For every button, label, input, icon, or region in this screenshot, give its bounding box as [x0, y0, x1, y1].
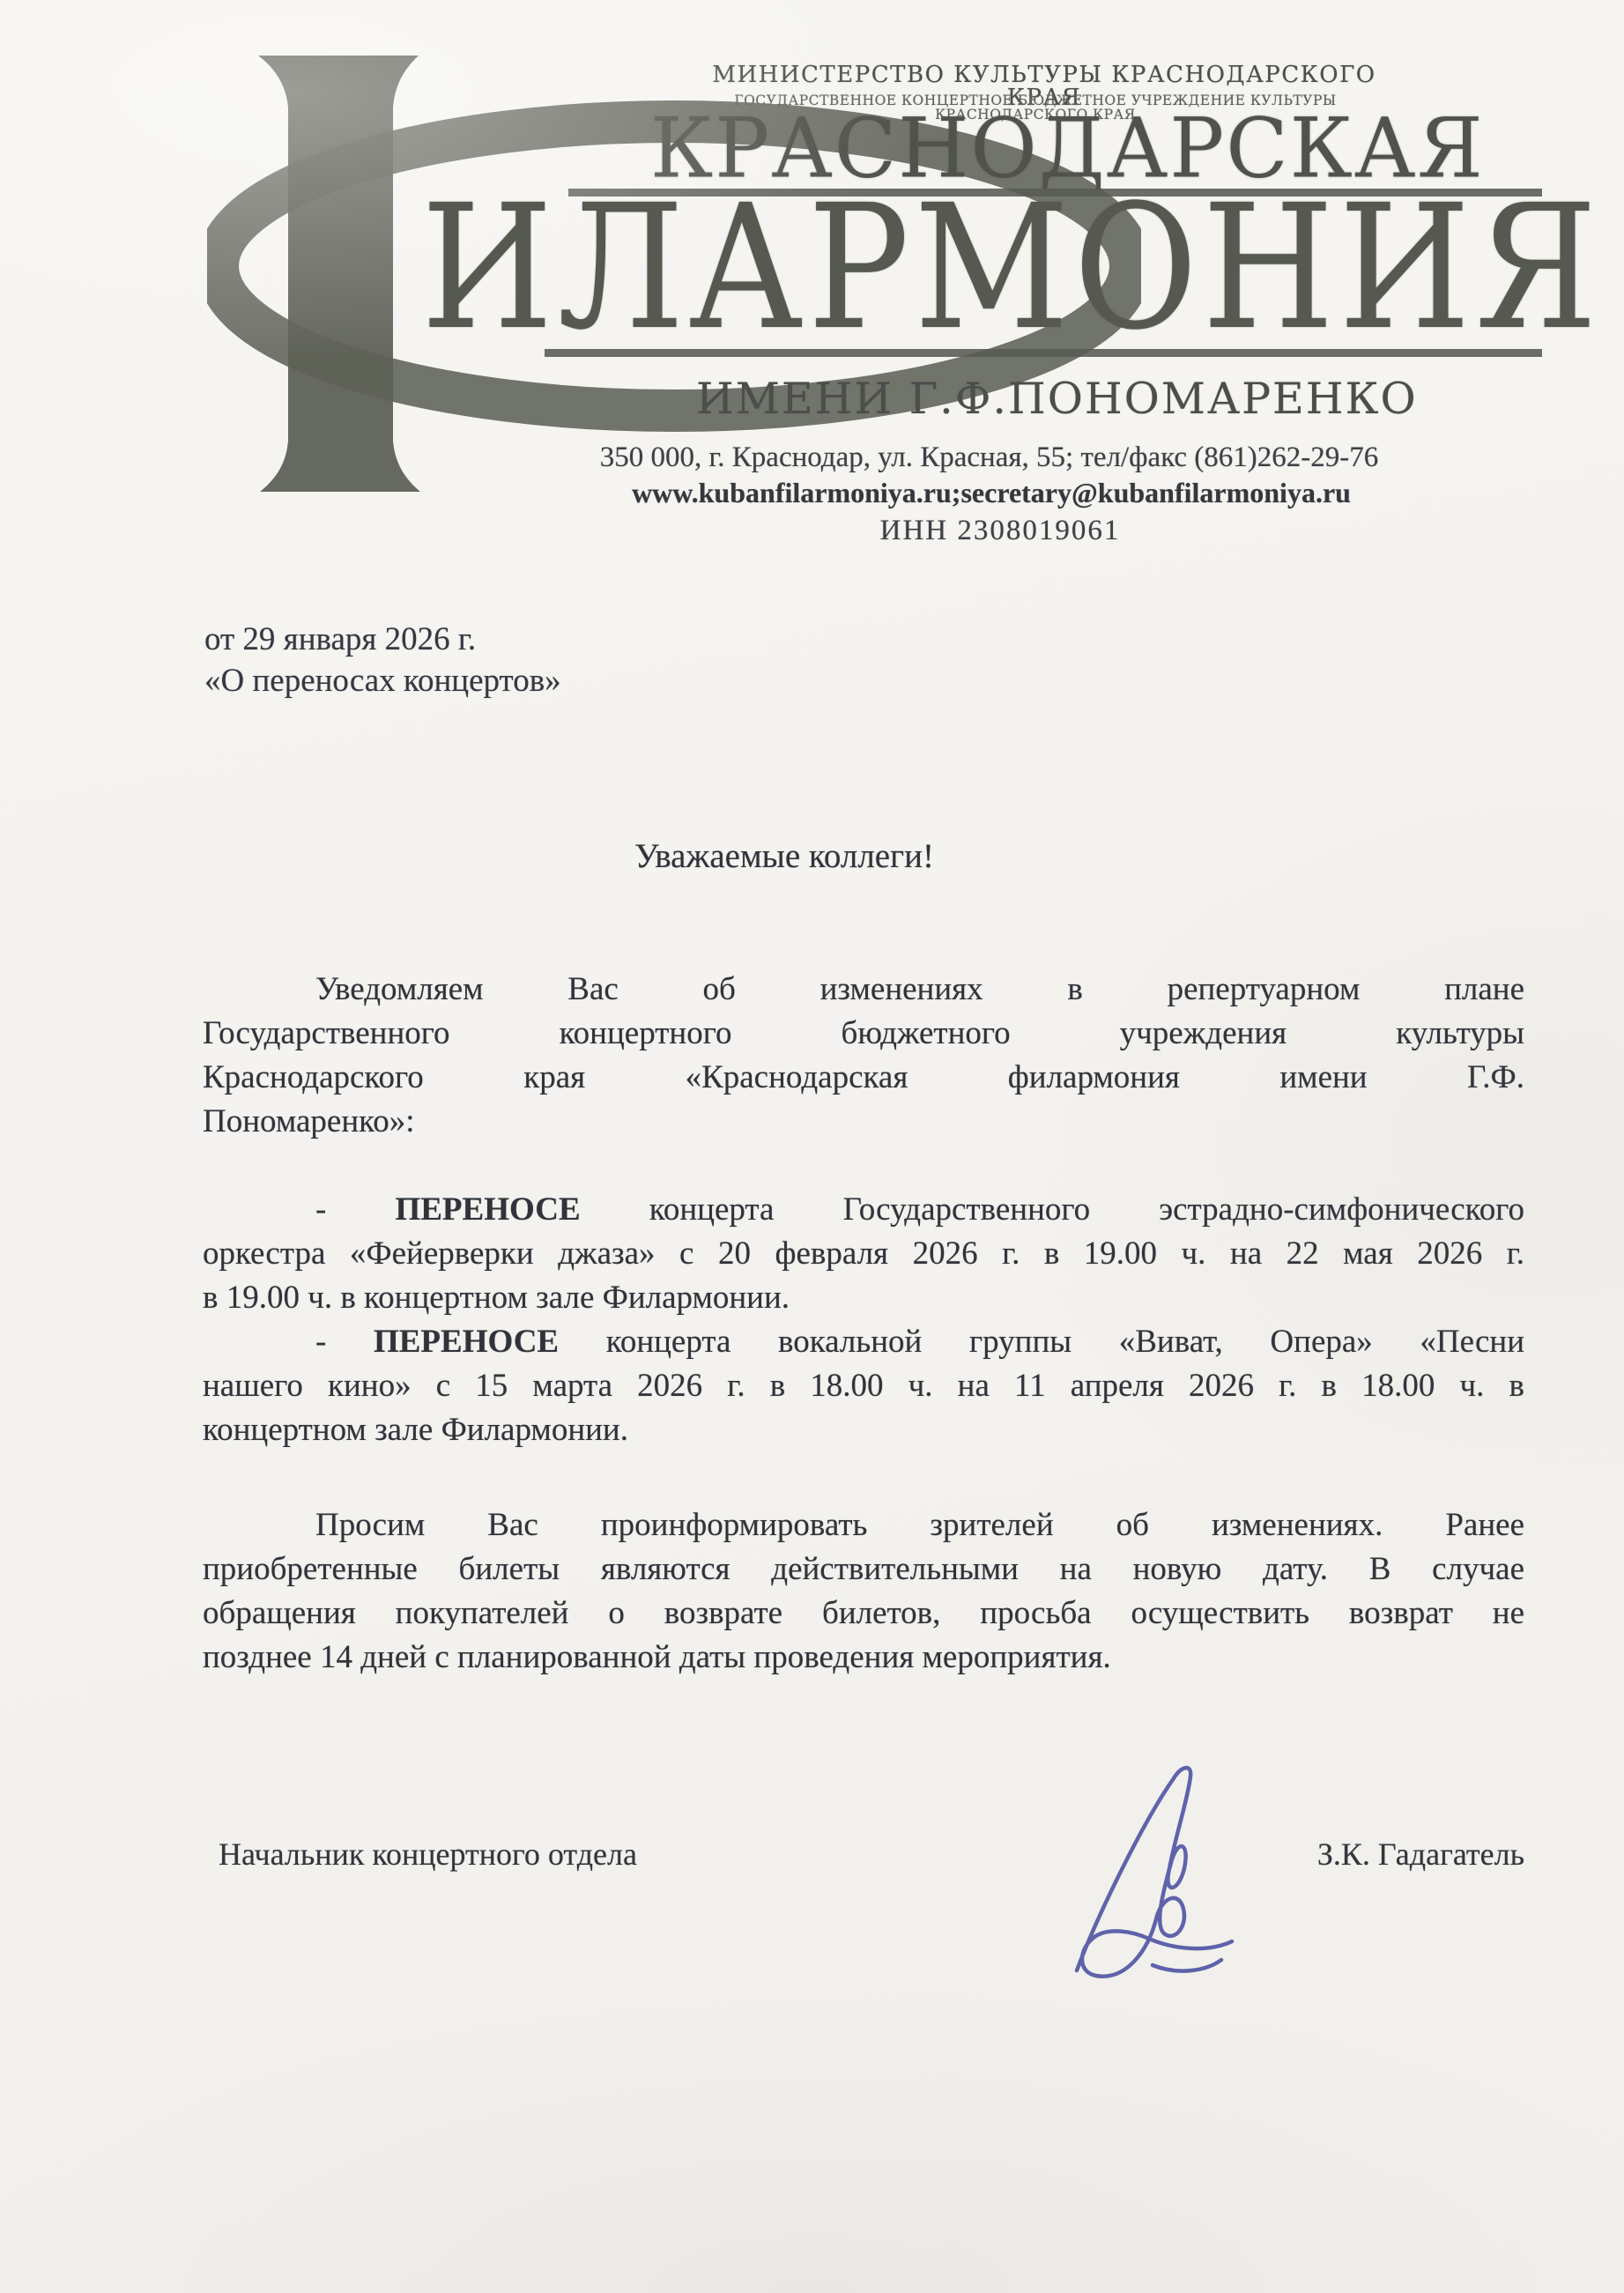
text-line: - ПЕРЕНОСЕ концерта Государственного эст… [203, 1188, 1524, 1232]
text-segment: концерта Государственного эстрадно-симфо… [649, 1191, 1524, 1228]
text-line: Просим Вас проинформировать зрителей об … [203, 1503, 1524, 1547]
emphasis-word: ПЕРЕНОСЕ [395, 1191, 580, 1228]
emphasis-word: ПЕРЕНОСЕ [374, 1324, 559, 1360]
transfer-item-1: - ПЕРЕНОСЕ концерта Государственного эст… [203, 1188, 1524, 1320]
list-dash: - [315, 1324, 326, 1360]
text-line: Краснодарского края «Краснодарская филар… [203, 1056, 1524, 1100]
text-line: - ПЕРЕНОСЕ концерта вокальной группы «Ви… [203, 1320, 1524, 1364]
text-line: Государственного концертного бюджетного … [203, 1012, 1524, 1056]
date-line: от 29 января 2026 г. [204, 619, 561, 660]
reference-block: от 29 января 2026 г. «О переносах концер… [204, 619, 561, 701]
salutation: Уважаемые коллеги! [123, 839, 1445, 873]
list-dash: - [315, 1191, 326, 1228]
text-line: концертном зале Филармонии. [203, 1408, 1524, 1452]
text-line: приобретенные билеты являются действител… [203, 1547, 1524, 1592]
address-line: 350 000, г. Краснодар, ул. Красная, 55; … [529, 443, 1450, 472]
website-email-line: www.kubanfilarmoniya.ru;secretary@kubanf… [590, 479, 1392, 507]
text-line: нашего кино» с 15 марта 2026 г. в 18.00 … [203, 1364, 1524, 1408]
text-line: Уведомляем Вас об изменениях в репертуар… [203, 968, 1524, 1012]
scanned-letter-page: МИНИСТЕРСТВО КУЛЬТУРЫ КРАСНОДАРСКОГО КРА… [0, 0, 1624, 2293]
text-line: в 19.00 ч. в концертном зале Филармонии. [203, 1276, 1524, 1320]
signoff-position: Начальник концертного отдела [219, 1838, 637, 1870]
text-line: Пономаренко»: [203, 1100, 1524, 1144]
closing-paragraph: Просим Вас проинформировать зрителей об … [203, 1503, 1524, 1680]
named-after-line: ИМЕНИ Г.Ф.ПОНОМАРЕНКО [696, 377, 1366, 420]
subject-line: «О переносах концертов» [204, 660, 561, 701]
text-segment: концерта вокальной группы «Виват, Опера»… [606, 1324, 1524, 1360]
intro-paragraph: Уведомляем Вас об изменениях в репертуар… [203, 968, 1524, 1144]
inn-line: ИНН 2308019061 [546, 516, 1454, 545]
handwritten-signature-icon [1040, 1755, 1295, 2002]
text-line: обращения покупателей о возврате билетов… [203, 1592, 1524, 1636]
text-line: оркестра «Фейерверки джаза» с 20 февраля… [203, 1232, 1524, 1276]
brand-line-filarmoniya: ИЛАРМОНИЯ [421, 182, 1602, 353]
text-line: позднее 14 дней с планированной даты про… [203, 1636, 1524, 1680]
transfer-item-2: - ПЕРЕНОСЕ концерта вокальной группы «Ви… [203, 1320, 1524, 1452]
